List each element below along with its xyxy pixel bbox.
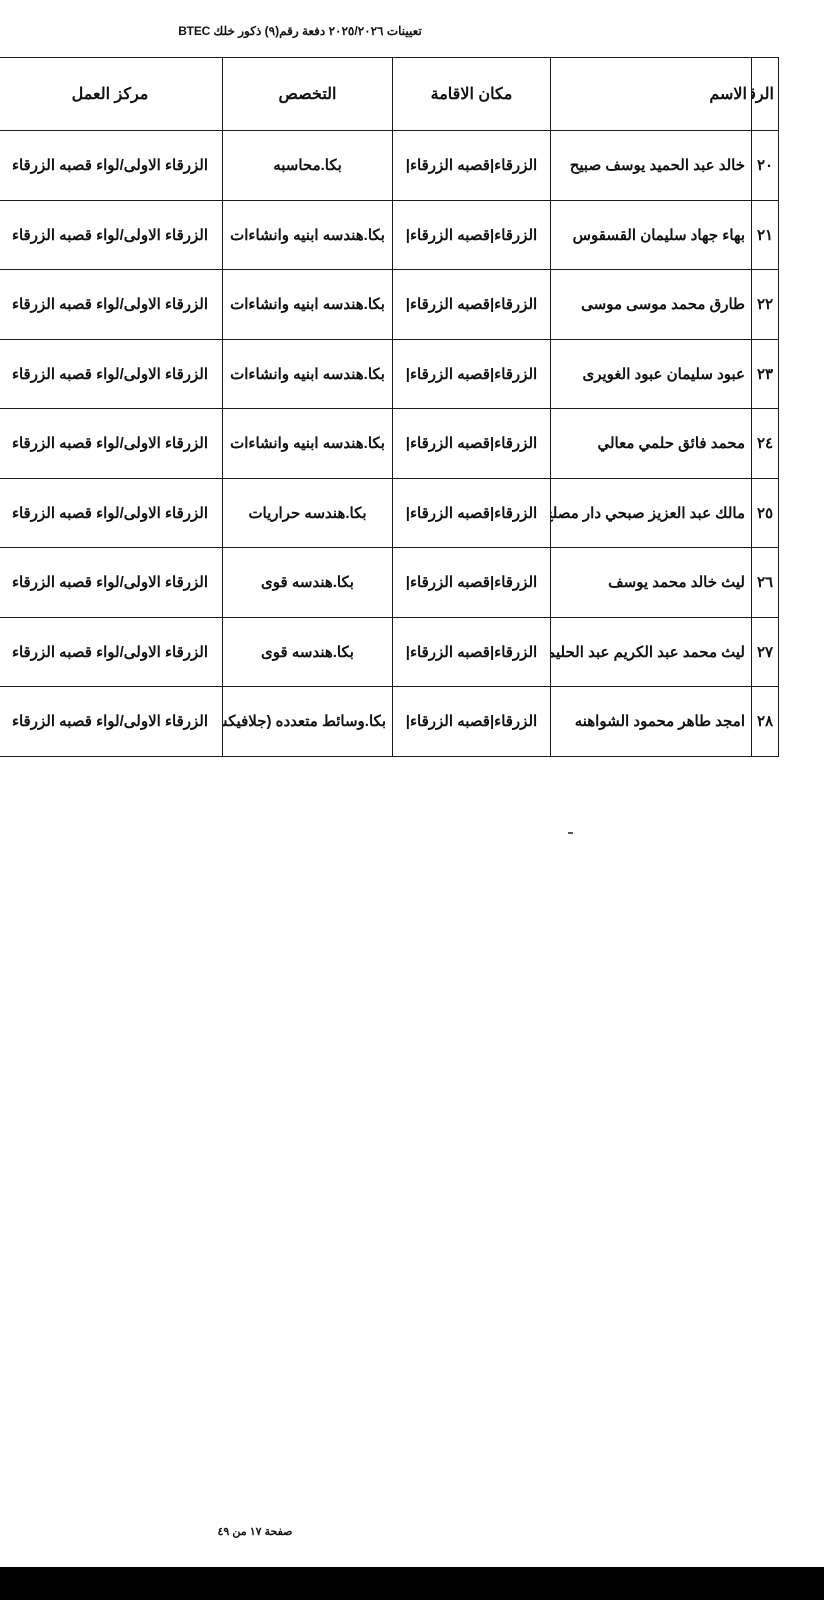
cell-residence: الزرقاء|قصبه الزرقاء| (393, 270, 551, 340)
scan-artifact (568, 832, 573, 834)
document-title: تعيينات ٢٠٢٥/٢٠٢٦ دفعة رقم(٩) ذكور خلك B… (160, 24, 440, 38)
cell-residence: الزرقاء|قصبه الزرقاء| (393, 131, 551, 201)
cell-name: مالك عبد العزيز صبحي دار مصلح (551, 478, 752, 548)
cell-residence: الزرقاء|قصبه الزرقاء| (393, 548, 551, 618)
cell-name: امجد طاهر محمود الشواهنه (551, 687, 752, 757)
cell-number: ٢٣ (752, 339, 779, 409)
cell-name: محمد فائق حلمي معالي (551, 409, 752, 479)
appointments-table-container: الرقم الاسم مكان الاقامة التخصص مركز الع… (0, 57, 779, 745)
cell-residence: الزرقاء|قصبه الزرقاء| (393, 687, 551, 757)
cell-residence: الزرقاء|قصبه الزرقاء| (393, 478, 551, 548)
cell-name: خالد عبد الحميد يوسف صبيح (551, 131, 752, 201)
cell-name: طارق محمد موسى موسى (551, 270, 752, 340)
cell-number: ٢٠ (752, 131, 779, 201)
table-row: ٢٠ خالد عبد الحميد يوسف صبيح الزرقاء|قصب… (0, 131, 779, 201)
cell-work-center: الزرقاء الاولى/لواء قصبه الزرقاء (0, 131, 223, 201)
cell-residence: الزرقاء|قصبه الزرقاء| (393, 617, 551, 687)
cell-specialty: بكا.هندسه قوى (223, 548, 393, 618)
cell-specialty: بكا.هندسه حراريات (223, 478, 393, 548)
cell-residence: الزرقاء|قصبه الزرقاء| (393, 339, 551, 409)
table-row: ٢٣ عبود سليمان عبود الغويرى الزرقاء|قصبه… (0, 339, 779, 409)
cell-name: بهاء جهاد سليمان القسقوس (551, 200, 752, 270)
cell-number: ٢٧ (752, 617, 779, 687)
cell-residence: الزرقاء|قصبه الزرقاء| (393, 200, 551, 270)
table-header-row: الرقم الاسم مكان الاقامة التخصص مركز الع… (0, 58, 779, 131)
cell-work-center: الزرقاء الاولى/لواء قصبه الزرقاء (0, 687, 223, 757)
appointments-table: الرقم الاسم مكان الاقامة التخصص مركز الع… (0, 57, 779, 757)
cell-number: ٢٨ (752, 687, 779, 757)
header-name: الاسم (551, 58, 752, 131)
table-row: ٢٨ امجد طاهر محمود الشواهنه الزرقاء|قصبه… (0, 687, 779, 757)
cell-specialty: بكا.هندسه قوى (223, 617, 393, 687)
cell-name: عبود سليمان عبود الغويرى (551, 339, 752, 409)
cell-work-center: الزرقاء الاولى/لواء قصبه الزرقاء (0, 200, 223, 270)
cell-number: ٢٦ (752, 548, 779, 618)
cell-specialty: بكا.هندسه ابنيه وانشاءات (223, 270, 393, 340)
cell-work-center: الزرقاء الاولى/لواء قصبه الزرقاء (0, 548, 223, 618)
header-residence: مكان الاقامة (393, 58, 551, 131)
cell-number: ٢٥ (752, 478, 779, 548)
cell-specialty: بكا.وسائط متعدده (جلافيكس) (223, 687, 393, 757)
table-row: ٢٧ ليث محمد عبد الكريم عبد الحليم الزرقا… (0, 617, 779, 687)
cell-work-center: الزرقاء الاولى/لواء قصبه الزرقاء (0, 270, 223, 340)
scan-bottom-bar (0, 1567, 824, 1600)
table-row: ٢٢ طارق محمد موسى موسى الزرقاء|قصبه الزر… (0, 270, 779, 340)
cell-specialty: بكا.هندسه ابنيه وانشاءات (223, 409, 393, 479)
table-row: ٢٥ مالك عبد العزيز صبحي دار مصلح الزرقاء… (0, 478, 779, 548)
cell-work-center: الزرقاء الاولى/لواء قصبه الزرقاء (0, 409, 223, 479)
cell-number: ٢٤ (752, 409, 779, 479)
cell-specialty: بكا.هندسه ابنيه وانشاءات (223, 339, 393, 409)
header-number: الرقم (752, 58, 779, 131)
header-work-center: مركز العمل (0, 58, 223, 131)
cell-residence: الزرقاء|قصبه الزرقاء| (393, 409, 551, 479)
cell-number: ٢٢ (752, 270, 779, 340)
table-row: ٢٦ ليث خالد محمد يوسف الزرقاء|قصبه الزرق… (0, 548, 779, 618)
cell-specialty: بكا.هندسه ابنيه وانشاءات (223, 200, 393, 270)
cell-name: ليث خالد محمد يوسف (551, 548, 752, 618)
header-specialty: التخصص (223, 58, 393, 131)
cell-work-center: الزرقاء الاولى/لواء قصبه الزرقاء (0, 339, 223, 409)
cell-work-center: الزرقاء الاولى/لواء قصبه الزرقاء (0, 617, 223, 687)
cell-name: ليث محمد عبد الكريم عبد الحليم (551, 617, 752, 687)
cell-number: ٢١ (752, 200, 779, 270)
page-number-footer: صفحة ١٧ من ٤٩ (200, 1525, 310, 1538)
cell-work-center: الزرقاء الاولى/لواء قصبه الزرقاء (0, 478, 223, 548)
cell-specialty: بكا.محاسبه (223, 131, 393, 201)
table-row: ٢١ بهاء جهاد سليمان القسقوس الزرقاء|قصبه… (0, 200, 779, 270)
table-row: ٢٤ محمد فائق حلمي معالي الزرقاء|قصبه الز… (0, 409, 779, 479)
